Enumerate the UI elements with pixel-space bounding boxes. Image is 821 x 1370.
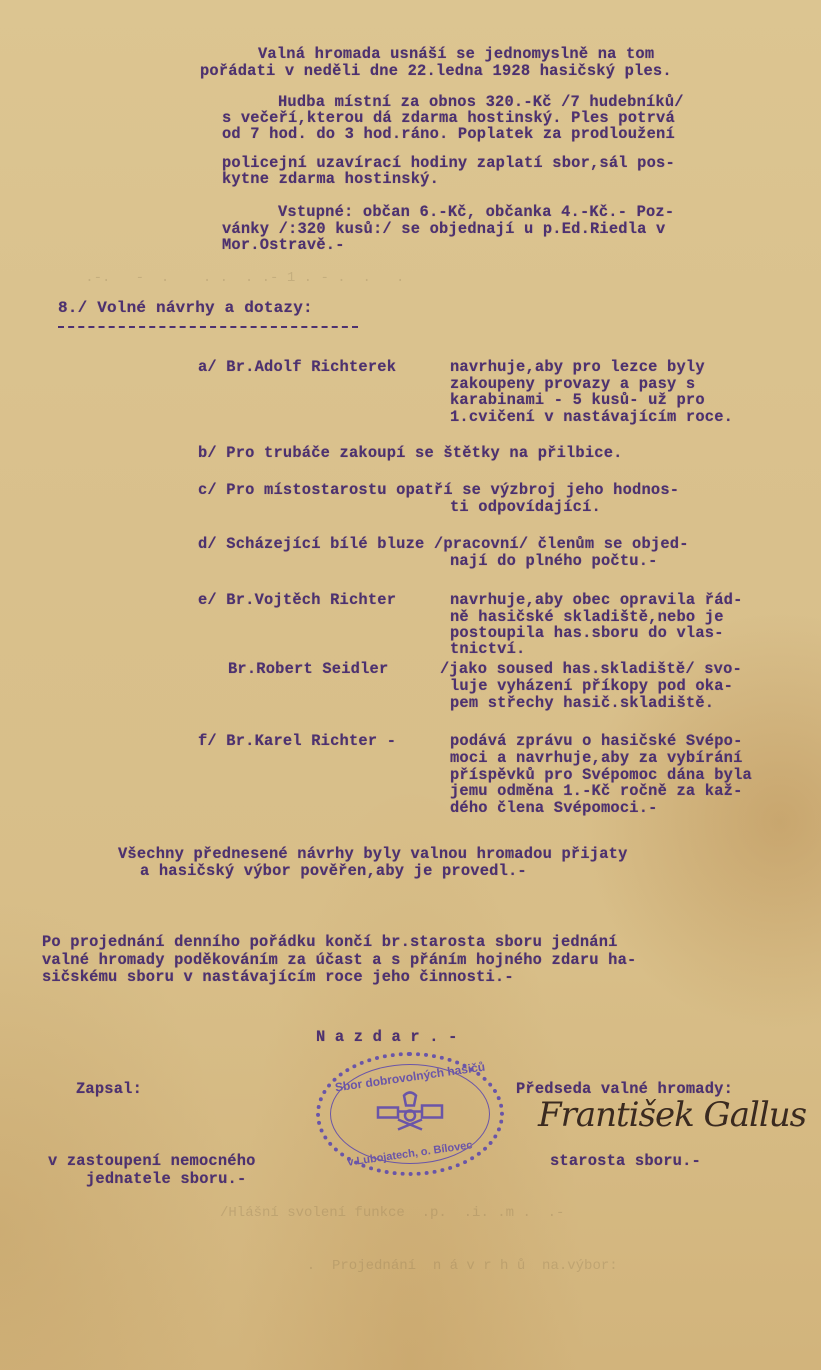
seidler-line-3: pem střechy hasič.skladiště. xyxy=(450,695,714,711)
chairman-role: starosta sboru.- xyxy=(550,1153,701,1169)
seidler-line-2: luje vyházení příkopy pod oka- xyxy=(450,678,733,694)
item-a-line-4: 1.cvičení v nastávajícím roce. xyxy=(450,409,733,425)
music-line-5: kytne zdarma hostinský. xyxy=(222,171,439,187)
item-d-line-1: nají do plného počtu.- xyxy=(450,553,658,569)
ball-decision-line-2: pořádati v neděli dne 22.ledna 1928 hasi… xyxy=(200,63,672,79)
bleed-through-text: .-. - . . . . .- 1 . - . . . xyxy=(60,270,404,286)
closing-line-1: Po projednání denního pořádku končí br.s… xyxy=(42,934,618,950)
recorded-by-label: Zapsal: xyxy=(76,1081,142,1097)
item-a-line-1: navrhuje,aby pro lezce byly xyxy=(450,359,705,375)
admission-line-3: Mor.Ostravě.- xyxy=(222,237,345,253)
item-f-label: f/ Br.Karel Richter - xyxy=(198,733,396,749)
item-f-line-1: podává zprávu o hasičské Svépo- xyxy=(450,733,743,749)
item-e-line-4: tnictví. xyxy=(450,641,526,657)
bleed-through-text: . Projednání n á v r h ů na.výbor: xyxy=(290,1258,626,1274)
item-e-line-2: ně hasičské skladiště,nebo je xyxy=(450,609,724,625)
item-f-line-2: moci a navrhuje,aby za vybírání xyxy=(450,750,743,766)
section-heading: 8./ Volné návrhy a dotazy: xyxy=(58,300,313,316)
item-a-label: a/ Br.Adolf Richterek xyxy=(198,359,396,375)
recorder-role-line-2: jednatele sboru.- xyxy=(86,1171,246,1187)
handwritten-signature: František Gallus xyxy=(538,1095,806,1135)
item-b-label: b/ Pro trubáče zakoupí se štětky na přil… xyxy=(198,445,623,461)
music-line-3: od 7 hod. do 3 hod.ráno. Poplatek za pro… xyxy=(222,126,675,142)
music-line-4: policejní uzavírací hodiny zaplatí sbor,… xyxy=(222,155,675,171)
seidler-label: Br.Robert Seidler xyxy=(228,661,388,677)
item-d-label: d/ Scházející bílé bluze /pracovní/ člen… xyxy=(198,536,689,552)
bleed-through-text: /Hlášní svolení funkce .p. .i. .m . .- xyxy=(220,1205,573,1221)
music-line-1: Hudba místní za obnos 320.-Kč /7 hudební… xyxy=(278,94,684,110)
admission-line-2: vánky /:320 kusů:/ se objednají u p.Ed.R… xyxy=(222,221,666,237)
item-c-line-1: ti odpovídající. xyxy=(450,499,601,515)
admission-line-1: Vstupné: občan 6.-Kč, občanka 4.-Kč.- Po… xyxy=(278,204,674,220)
item-e-line-3: postoupila has.sboru do vlas- xyxy=(450,625,724,641)
closing-line-3: sičskému sboru v nastávajícím roce jeho … xyxy=(42,969,514,985)
item-a-line-2: zakoupeny provazy a pasy s xyxy=(450,376,695,392)
official-stamp: Sbor dobrovolných hasičů v Lubojatech, o… xyxy=(316,1052,504,1176)
item-f-line-4: jemu odměna 1.-Kč ročně za kaž- xyxy=(450,783,743,799)
fire-brigade-emblem-icon xyxy=(370,1090,450,1139)
item-e-label: e/ Br.Vojtěch Richter xyxy=(198,592,396,608)
salutation: N a z d a r . - xyxy=(316,1029,458,1045)
approval-line-2: a hasičský výbor pověřen,aby je provedl.… xyxy=(140,863,527,879)
item-a-line-3: karabinami - 5 kusů- už pro xyxy=(450,392,705,408)
ball-decision-line-1: Valná hromada usnáší se jednomyslně na t… xyxy=(258,46,654,62)
seidler-line-1: /jako soused has.skladiště/ svo- xyxy=(440,661,742,677)
item-e-line-1: navrhuje,aby obec opravila řád- xyxy=(450,592,743,608)
approval-line-1: Všechny přednesené návrhy byly valnou hr… xyxy=(118,846,628,862)
music-line-2: s večeří,kterou dá zdarma hostinský. Ple… xyxy=(222,110,675,126)
section-underline xyxy=(58,326,358,328)
recorder-role-line-1: v zastoupení nemocného xyxy=(48,1153,256,1169)
item-f-line-3: příspěvků pro Svépomoc dána byla xyxy=(450,767,752,783)
item-c-label: c/ Pro místostarostu opatří se výzbroj j… xyxy=(198,482,679,498)
closing-line-2: valné hromady poděkováním za účast a s p… xyxy=(42,952,636,968)
item-f-line-5: dého člena Svépomoci.- xyxy=(450,800,658,816)
